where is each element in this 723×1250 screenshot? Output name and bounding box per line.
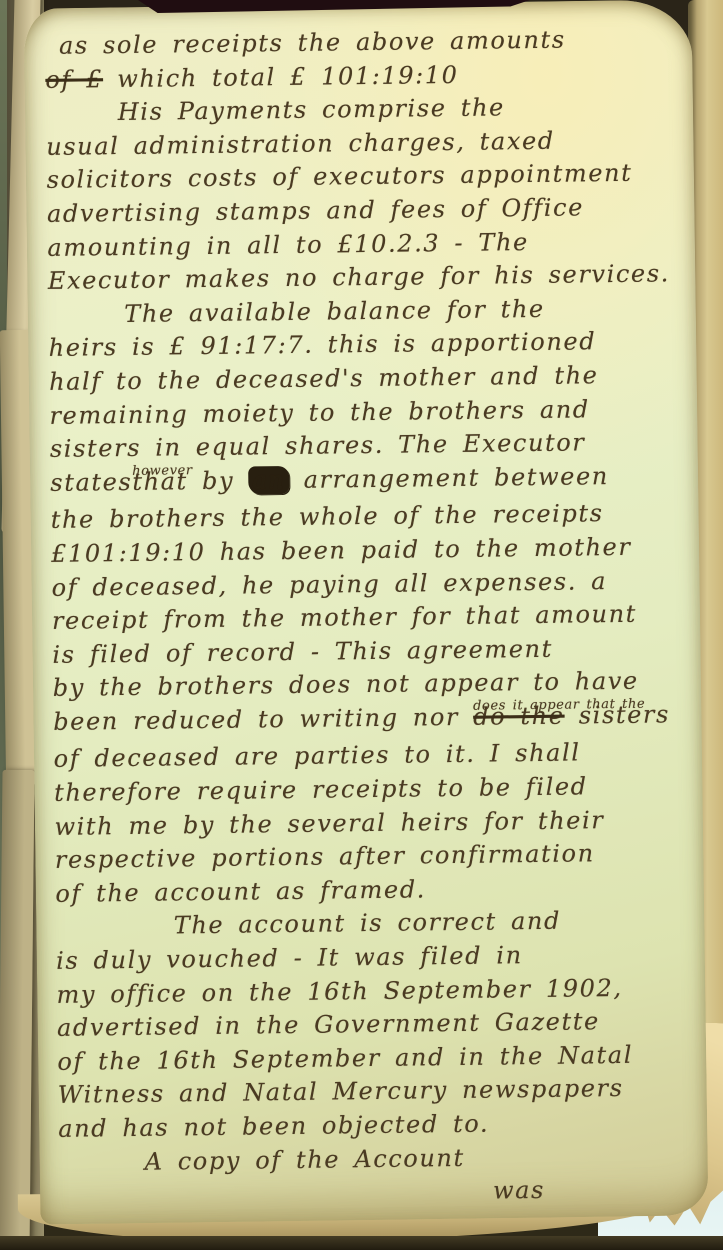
line-text: as sole receipts the above amounts [59, 26, 566, 60]
line-text: arrangement between [289, 462, 609, 494]
line-text: receipt from the mother for that amount [52, 600, 637, 635]
line-text: usual administration charges, taxed [46, 126, 555, 160]
line-text: amounting in all to £10.2.3 - The [47, 228, 529, 262]
line-text: been reduced to writing nor [53, 703, 473, 736]
line-text: of deceased, he paying all expenses. a [51, 567, 607, 602]
line-text: respective portions after confirmation [55, 840, 595, 875]
line-text: Executor makes no charge for his service… [48, 259, 670, 295]
torn-page-stub [0, 770, 35, 1250]
line-text: £101:19:10 has been paid to the mother [51, 533, 632, 568]
line-text: solicitors costs of executors appointmen… [46, 159, 632, 194]
line-text: and has not been objected to. [58, 1110, 489, 1143]
line-text: Witness and Natal Mercury newspapers [58, 1074, 624, 1109]
line-text: is filed of record - This agreement [52, 634, 553, 668]
line-text: heirs is £ 91:17:7. this is apportioned [49, 328, 597, 363]
line-text: is duly vouched - It was filed in [56, 941, 523, 975]
line-text: my office on the 16th September 1902, [56, 974, 622, 1009]
struck-text: of £ [45, 65, 103, 94]
line-text: The available balance for the [124, 295, 545, 328]
line-text: sisters in equal shares. The Executor [50, 428, 586, 463]
ink-blot: an [248, 466, 289, 494]
line-text: which total £ 101:19:10 [103, 60, 459, 92]
line-text: of the 16th September and in the Natal [57, 1041, 633, 1076]
line-text: remaining moiety to the brothers and [49, 395, 590, 430]
manuscript-lines: as sole receipts the above amountsof £ w… [45, 22, 695, 1213]
manuscript-photo: as sole receipts the above amountsof £ w… [0, 0, 723, 1250]
line-text: of deceased are parties to it. I shall [54, 739, 581, 773]
line-text: was [493, 1176, 545, 1205]
line-text: advertising stamps and fees of Office [47, 193, 584, 228]
line-text: advertised in the Government Gazette [57, 1007, 600, 1042]
line-text: A copy of the Account [144, 1143, 464, 1175]
line-text: The account is correct and [174, 907, 562, 940]
bottom-shadow-band [0, 1236, 723, 1250]
line-text: with me by the several heirs for their [54, 806, 604, 841]
line-text: therefore require receipts to be filed [54, 772, 588, 807]
line-text: half to the deceased's mother and the [49, 361, 599, 396]
line-text: of the account as framed. [55, 875, 426, 908]
line-text: states [50, 468, 132, 497]
line-text: the brothers the whole of the receipts [51, 499, 604, 534]
line-text: His Payments comprise the [118, 94, 505, 127]
